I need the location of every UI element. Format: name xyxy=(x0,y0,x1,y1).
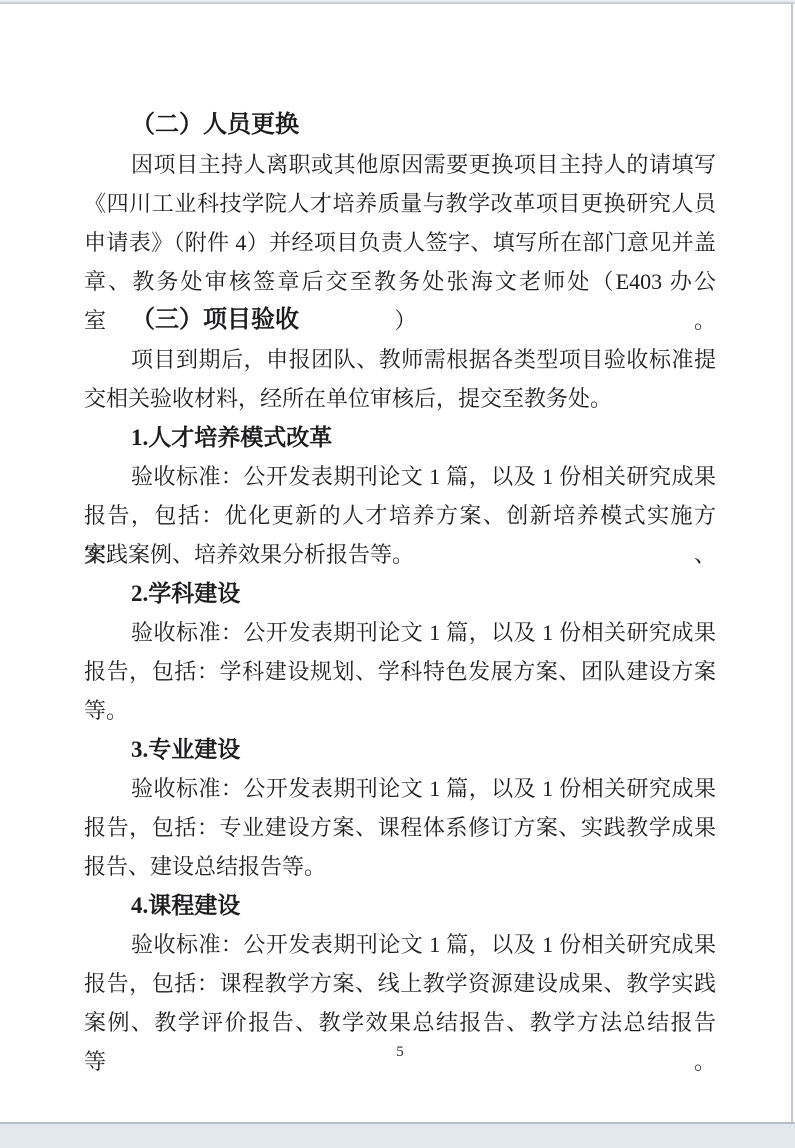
item-heading: 4.课程建设 xyxy=(84,886,716,925)
text-line: 交相关验收材料，经所在单位审核后，提交至教务处。 xyxy=(84,379,716,418)
text-line: 报告、建设总结报告等。 xyxy=(84,847,716,886)
text-line: 章、教务处审核签章后交至教务处张海文老师处（E403 办公室）。 xyxy=(84,262,716,301)
section-heading: （二）人员更换 xyxy=(84,106,716,145)
text-line: 验收标准：公开发表期刊论文 1 篇，以及 1 份相关研究成果 xyxy=(84,457,716,496)
text-line: 验收标准：公开发表期刊论文 1 篇，以及 1 份相关研究成果 xyxy=(84,925,716,964)
text-line: 等。 xyxy=(84,691,716,730)
text-line: 报告，包括：优化更新的人才培养方案、创新培养模式实施方案、 xyxy=(84,496,716,535)
text-line: 案例、教学评价报告、教学效果总结报告、教学方法总结报告等。 xyxy=(84,1003,716,1042)
item-heading: 3.专业建设 xyxy=(84,730,716,769)
page-number: 5 xyxy=(84,1040,716,1064)
item-heading: 2.学科建设 xyxy=(84,574,716,613)
text-line: 《四川工业科技学院人才培养质量与教学改革项目更换研究人员 xyxy=(84,184,716,223)
text-line: 项目到期后，申报团队、教师需根据各类型项目验收标准提 xyxy=(84,340,716,379)
text-line: 因项目主持人离职或其他原因需要更换项目主持人的请填写 xyxy=(84,145,716,184)
text-line: 申请表》（附件 4）并经项目负责人签字、填写所在部门意见并盖 xyxy=(84,223,716,262)
document-page: （二）人员更换 因项目主持人离职或其他原因需要更换项目主持人的请填写 《四川工业… xyxy=(0,4,793,1122)
document-body: （二）人员更换 因项目主持人离职或其他原因需要更换项目主持人的请填写 《四川工业… xyxy=(84,106,716,1042)
text-line: 验收标准：公开发表期刊论文 1 篇，以及 1 份相关研究成果 xyxy=(84,613,716,652)
document-viewer: （二）人员更换 因项目主持人离职或其他原因需要更换项目主持人的请填写 《四川工业… xyxy=(0,0,795,1148)
text-line: 报告，包括：专业建设方案、课程体系修订方案、实践教学成果 xyxy=(84,808,716,847)
page-bottom-gap xyxy=(0,1122,795,1148)
text-line: 报告，包括：学科建设规划、学科特色发展方案、团队建设方案 xyxy=(84,652,716,691)
item-heading: 1.人才培养模式改革 xyxy=(84,418,716,457)
text-line: 报告，包括：课程教学方案、线上教学资源建设成果、教学实践 xyxy=(84,964,716,1003)
text-line: 验收标准：公开发表期刊论文 1 篇，以及 1 份相关研究成果 xyxy=(84,769,716,808)
